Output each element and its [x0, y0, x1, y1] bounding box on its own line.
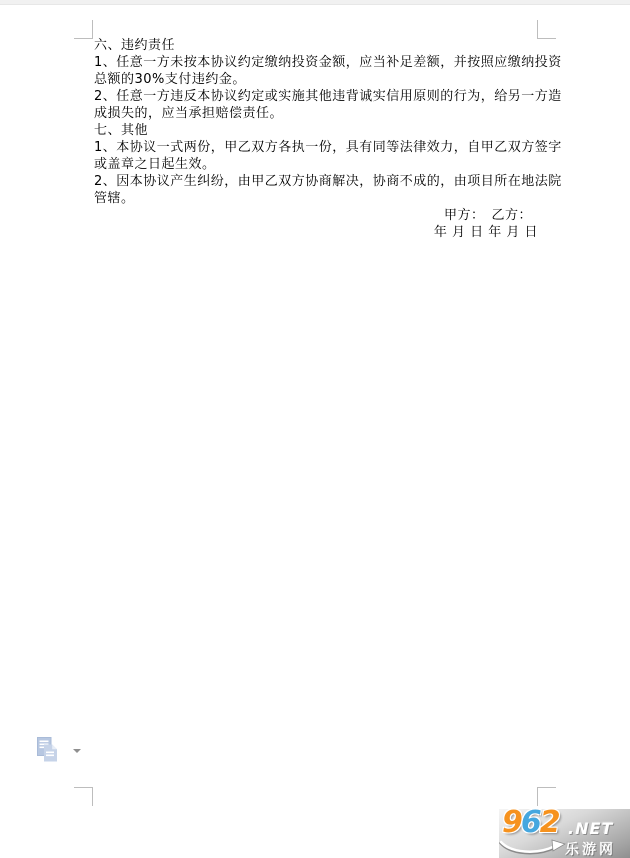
word-processor-view: 六、违约责任 1、任意一方未按本协议约定缴纳投资金额，应当补足差额，并按照应缴纳… [0, 0, 630, 858]
document-line: 2、因本协议产生纠纷，由甲乙双方协商解决，协商不成的，由项目所在地法院 [94, 173, 538, 190]
document-text-area[interactable]: 六、违约责任 1、任意一方未按本协议约定缴纳投资金额，应当补足差额，并按照应缴纳… [94, 37, 538, 241]
swoosh-arrow-icon [499, 836, 571, 858]
text-boundary-mark-bottom-left [74, 787, 93, 806]
watermark-site-name: 乐游网 [565, 839, 616, 858]
date-line: 年 月 日 年 月 日 [94, 224, 538, 241]
signature-line: 甲方： 乙方： [94, 207, 538, 224]
document-line-heading-6: 六、违约责任 [94, 37, 538, 54]
window-top-edge [0, 0, 630, 5]
document-line: 1、本协议一式两份，甲乙双方各执一份，具有同等法律效力，自甲乙双方签字 [94, 139, 538, 156]
paste-options-icon [37, 737, 59, 763]
document-line: 管辖。 [94, 190, 538, 207]
document-line: 2、任意一方违反本协议约定或实施其他违背诚实信用原则的行为，给另一方造 [94, 88, 538, 105]
document-line: 或盖章之日起生效。 [94, 156, 538, 173]
document-line: 1、任意一方未按本协议约定缴纳投资金额，应当补足差额，并按照应缴纳投资 [94, 54, 538, 71]
watermark-net-suffix: .NET [568, 819, 613, 838]
text-boundary-mark-top-left [74, 20, 93, 39]
document-line: 总额的30%支付违约金。 [94, 71, 538, 88]
962net-watermark: 962 .NET 乐游网 [499, 809, 630, 858]
dropdown-arrow-icon [73, 749, 81, 753]
text-boundary-mark-top-right [537, 20, 556, 39]
document-line: 成损失的，应当承担赔偿责任。 [94, 105, 538, 122]
paste-options-button[interactable] [37, 737, 83, 763]
text-boundary-mark-bottom-right [537, 787, 556, 806]
document-line-heading-7: 七、其他 [94, 122, 538, 139]
